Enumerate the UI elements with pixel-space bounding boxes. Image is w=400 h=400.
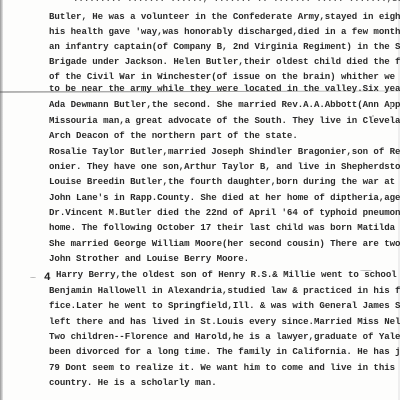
text-line: his health gave 'way,was honorably disch… <box>49 26 400 37</box>
text-line: Dr.Vincent M.Butler died the 22nd of Apr… <box>49 207 400 218</box>
text-line: left there and has lived in St.Louis eve… <box>49 316 400 327</box>
text-line: to be near the army while they were loca… <box>49 83 400 94</box>
text-line: Rosalie Taylor Butler,married Joseph Shi… <box>49 146 400 157</box>
text-line: an infantry captain(of Company B, 2nd Vi… <box>49 41 400 52</box>
text-line: Brigade under Jackson. Helen Butler,thei… <box>49 56 400 67</box>
text-line: 79 Dont seem to realize it. We want him … <box>49 362 400 373</box>
scan-speck <box>360 270 372 271</box>
text-line: She married George William Moore(her sec… <box>49 238 400 249</box>
text-line: Ada Dewmann Butler,the second. She marri… <box>49 99 400 110</box>
text-line: fice.Later he went to Springfield,Ill. &… <box>49 300 400 311</box>
text-line: John Strother and Louise Berry Moore. <box>49 253 249 264</box>
text-line: Butler, He was a volunteer in the Confed… <box>49 11 400 22</box>
cut-off-top-line: ......... ....... ......, ....... .. ...… <box>73 0 400 4</box>
text-line: onier. They have one son,Arthur Taylor B… <box>49 161 400 172</box>
text-line: Two children--Florence and Harold,he is … <box>49 331 400 342</box>
text-line: country. He is a scholarly man. <box>49 377 217 388</box>
section-number-marker: 4 <box>44 272 51 284</box>
text-line: Missouria man,a great advocate of the So… <box>49 115 400 126</box>
scan-speck <box>390 103 392 108</box>
text-line: Louise Breedin Butler,the fourth daughte… <box>49 176 400 187</box>
text-line: been divorced for a long time. The famil… <box>49 346 400 357</box>
scan-speck <box>372 115 374 117</box>
text-line: Harry Berry,the oldest son of Henry R.S.… <box>56 269 400 280</box>
text-line: Arch Deacon of the northern part of the … <box>49 130 298 141</box>
scanned-document-page: ......... ....... ......, ....... .. ...… <box>0 0 400 400</box>
text-line: home. The following October 17 their las… <box>49 222 400 233</box>
scan-speck <box>30 277 36 278</box>
page-left-edge <box>0 0 3 400</box>
text-line: John Lane's in Rapp.County. She died at … <box>49 192 400 203</box>
text-line: Benjamin Hallowell in Alexandria,studied… <box>49 285 400 296</box>
text-line: of the Civil War in Winchester(of issue … <box>49 71 400 82</box>
